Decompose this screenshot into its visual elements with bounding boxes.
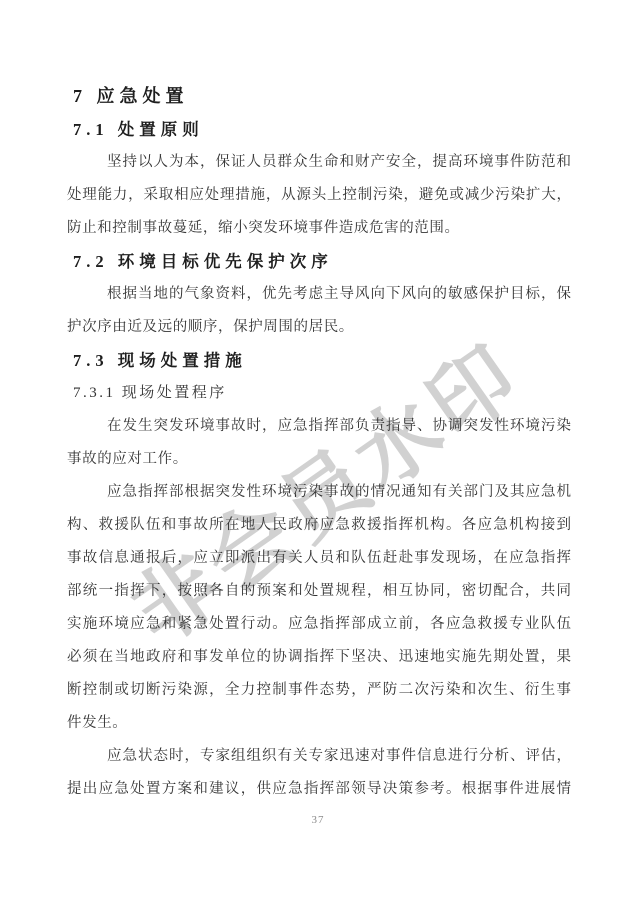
paragraph-4-line-7: 断控制或切断污染源，全力控制事件态势，严防二次污染和次生、衍生事 [67,674,571,707]
paragraph-4-line-3: 事故信息通报后，应立即派出有关人员和队伍赶赴事发现场，在应急指挥 [67,542,571,575]
page-number: 37 [0,814,636,826]
section-heading-7: 7 应急处置 [67,80,571,113]
paragraph-5-line-1: 应急状态时，专家组组织有关专家迅速对事件信息进行分析、评估， [67,740,571,773]
document-page: 非会员水印 7 应急处置 7.1 处置原则 坚持以人为本，保证人员群众生命和财产… [0,0,636,900]
paragraph-4-line-8: 件发生。 [67,707,571,740]
paragraph-2-line-1: 根据当地的气象资料，优先考虑主导风向下风向的敏感保护目标，保 [67,278,571,311]
text-column: 7 应急处置 7.1 处置原则 坚持以人为本，保证人员群众生命和财产安全，提高环… [67,80,571,806]
paragraph-4-line-1: 应急指挥部根据突发性环境污染事故的情况通知有关部门及其应急机 [67,476,571,509]
paragraph-2-line-2: 护次序由近及远的顺序，保护周围的居民。 [67,311,571,344]
paragraph-4-line-6: 必须在当地政府和事发单位的协调指挥下坚决、迅速地实施先期处置，果 [67,641,571,674]
paragraph-4-line-4: 部统一指挥下，按照各自的预案和处置规程，相互协同，密切配合，共同 [67,575,571,608]
section-heading-7-3-1: 7.3.1 现场处置程序 [67,377,571,410]
paragraph-3-line-2: 事故的应对工作。 [67,443,571,476]
paragraph-1-line-1: 坚持以人为本，保证人员群众生命和财产安全，提高环境事件防范和 [67,146,571,179]
paragraph-4-line-5: 实施环境应急和紧急处置行动。应急指挥部成立前，各应急救援专业队伍 [67,608,571,641]
section-heading-7-3: 7.3 现场处置措施 [67,344,571,377]
paragraph-4-line-2: 构、救援队伍和事故所在地人民政府应急救援指挥机构。各应急机构接到 [67,509,571,542]
paragraph-1-line-3: 防止和控制事故蔓延，缩小突发环境事件造成危害的范围。 [67,212,571,245]
paragraph-5-line-2: 提出应急处置方案和建议，供应急指挥部领导决策参考。根据事件进展情 [67,773,571,806]
section-heading-7-2: 7.2 环境目标优先保护次序 [67,245,571,278]
section-heading-7-1: 7.1 处置原则 [67,113,571,146]
paragraph-3-line-1: 在发生突发环境事故时，应急指挥部负责指导、协调突发性环境污染 [67,410,571,443]
paragraph-1-line-2: 处理能力，采取相应处理措施，从源头上控制污染，避免或减少污染扩大， [67,179,571,212]
